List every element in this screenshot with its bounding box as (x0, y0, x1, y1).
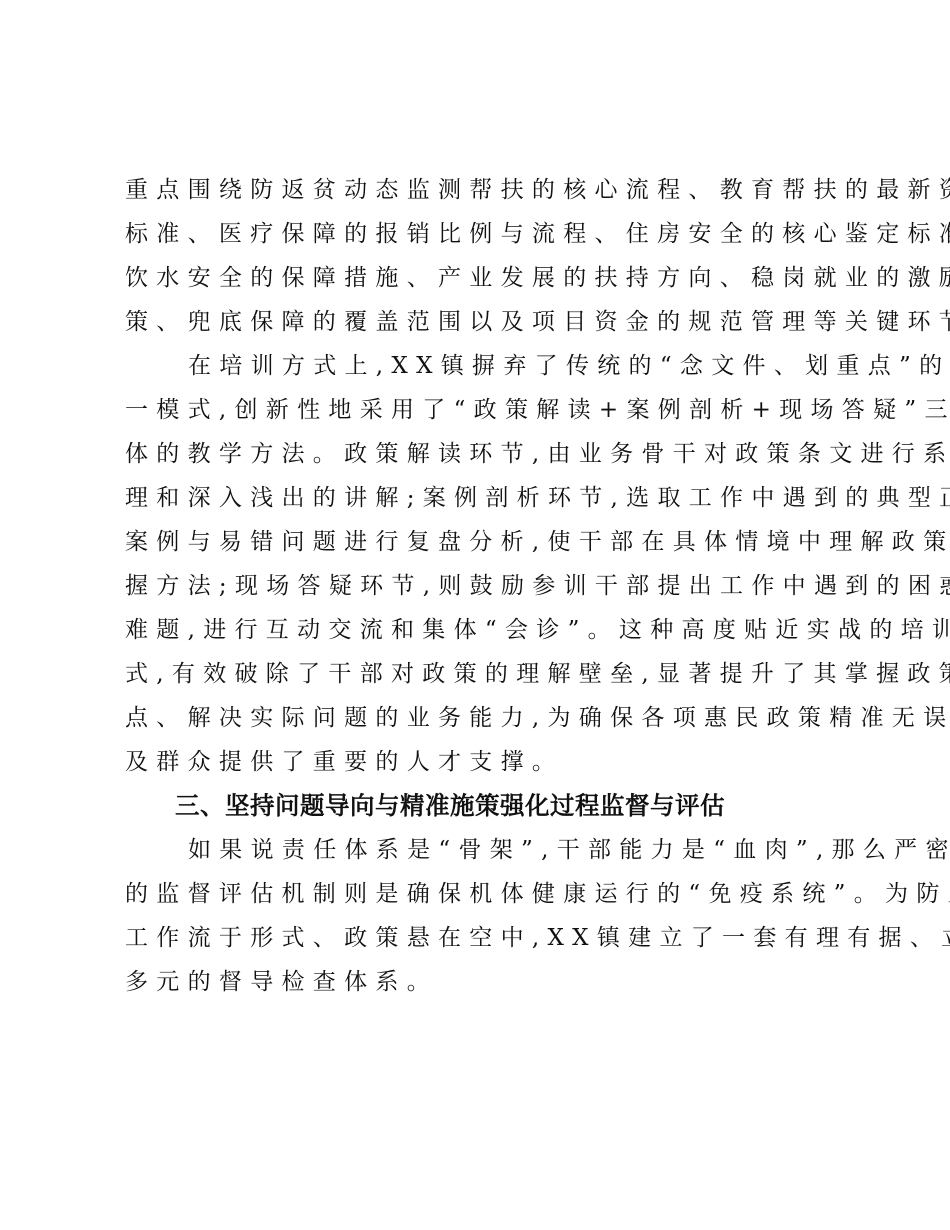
text-line: 式,有效破除了干部对政策的理解壁垒,显著提升了其掌握政策要 (125, 652, 825, 696)
text-line: 案例与易错问题进行复盘分析,使干部在具体情境中理解政策、掌 (125, 520, 825, 564)
text-line: 理和深入浅出的讲解;案例剖析环节,选取工作中遇到的典型正面 (125, 476, 825, 520)
paragraph-supervision: 如果说责任体系是“骨架”,干部能力是“血肉”,那么严密 的监督评估机制则是确保机… (125, 828, 825, 1004)
paragraph-policy-scope: 重点围绕防返贫动态监测帮扶的核心流程、教育帮扶的最新资助 标准、医疗保障的报销比… (125, 168, 825, 344)
text-line: 策、兜底保障的覆盖范围以及项目资金的规范管理等关键环节。 (125, 300, 825, 344)
text-line: 难题,进行互动交流和集体“会诊”。这种高度贴近实战的培训模 (125, 608, 825, 652)
section-heading: 三、坚持问题导向与精准施策强化过程监督与评估 (125, 784, 825, 828)
document-page: 重点围绕防返贫动态监测帮扶的核心流程、教育帮扶的最新资助 标准、医疗保障的报销比… (0, 0, 950, 1230)
text-line: 饮水安全的保障措施、产业发展的扶持方向、稳岗就业的激励政 (125, 256, 825, 300)
paragraph-training-method: 在培训方式上,XX镇摒弃了传统的“念文件、划重点”的单 一模式,创新性地采用了“… (125, 344, 825, 784)
text-line: 在培训方式上,XX镇摒弃了传统的“念文件、划重点”的单 (125, 344, 825, 388)
text-line: 多元的督导检查体系。 (125, 960, 825, 1004)
document-body: 重点围绕防返贫动态监测帮扶的核心流程、教育帮扶的最新资助 标准、医疗保障的报销比… (125, 168, 825, 1004)
text-line: 的监督评估机制则是确保机体健康运行的“免疫系统”。为防止 (125, 872, 825, 916)
text-line: 握方法;现场答疑环节,则鼓励参训干部提出工作中遇到的困惑与 (125, 564, 825, 608)
text-line: 重点围绕防返贫动态监测帮扶的核心流程、教育帮扶的最新资助 (125, 168, 825, 212)
text-line: 标准、医疗保障的报销比例与流程、住房安全的核心鉴定标准、 (125, 212, 825, 256)
text-line: 工作流于形式、政策悬在空中,XX镇建立了一套有理有据、立体 (125, 916, 825, 960)
text-line: 及群众提供了重要的人才支撑。 (125, 740, 825, 784)
text-line: 如果说责任体系是“骨架”,干部能力是“血肉”,那么严密 (125, 828, 825, 872)
text-line: 点、解决实际问题的业务能力,为确保各项惠民政策精准无误地惠 (125, 696, 825, 740)
text-line: 体的教学方法。政策解读环节,由业务骨干对政策条文进行系统梳 (125, 432, 825, 476)
text-line: 一模式,创新性地采用了“政策解读+案例剖析+现场答疑”三位一 (125, 388, 825, 432)
